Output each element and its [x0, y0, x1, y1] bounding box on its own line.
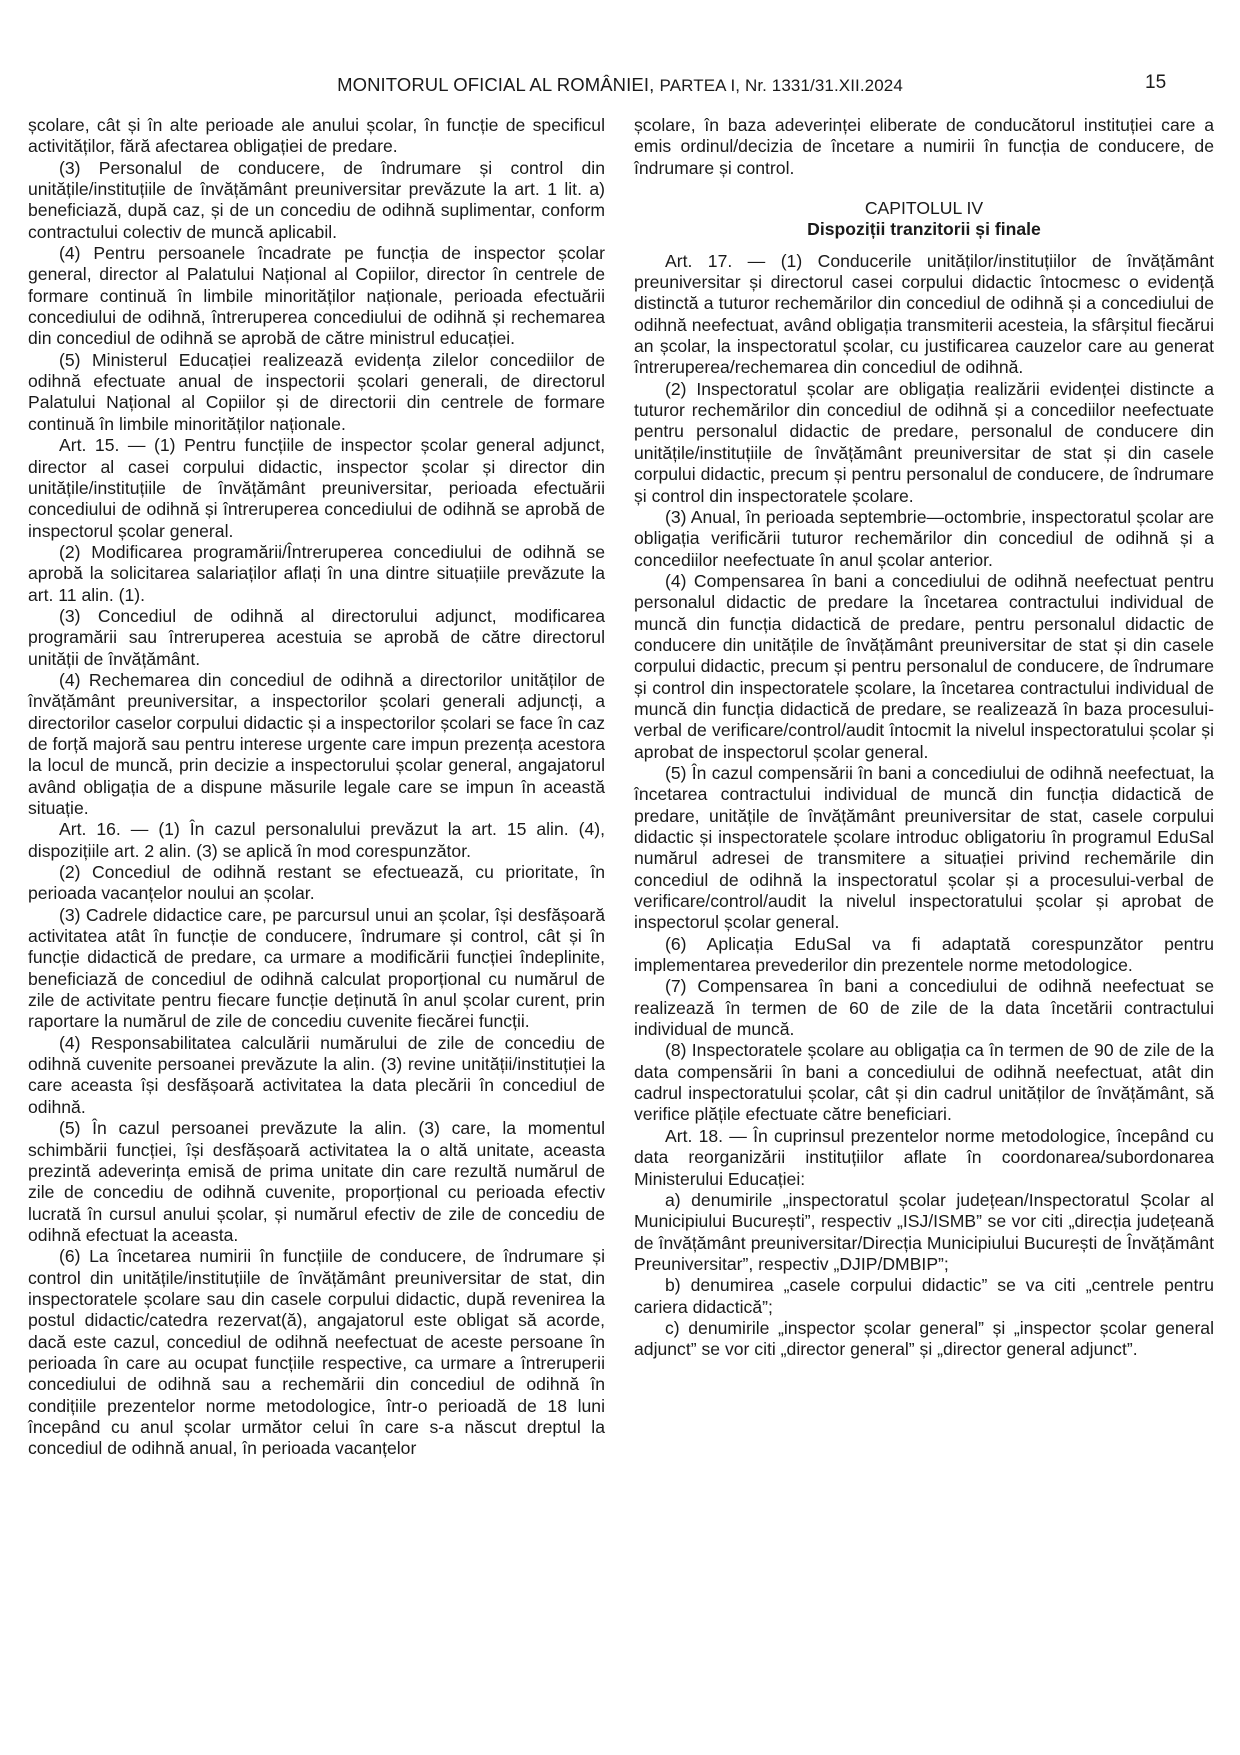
- paragraph: (4) Rechemarea din concediul de odihnă a…: [28, 670, 605, 819]
- publication-title: MONITORUL OFICIAL AL ROMÂNIEI, PARTEA I,…: [0, 74, 1240, 96]
- chapter-title: Dispoziții tranzitorii și finale: [634, 219, 1214, 240]
- paragraph: (5) Ministerul Educației realizează evid…: [28, 350, 605, 435]
- publication-issue: PARTEA I, Nr. 1331/31.XII.2024: [660, 76, 903, 95]
- chapter-heading: CAPITOLUL IV Dispoziții tranzitorii și f…: [634, 198, 1214, 241]
- paragraph: (3) Anual, în perioada septembrie—octomb…: [634, 507, 1214, 571]
- list-item: c) denumirile „inspector școlar general”…: [634, 1318, 1214, 1361]
- paragraph: școlare, în baza adeverinței eliberate d…: [634, 115, 1214, 179]
- paragraph: (5) În cazul persoanei prevăzute la alin…: [28, 1118, 605, 1246]
- left-column: școlare, cât și în alte perioade ale anu…: [28, 115, 605, 1460]
- paragraph: școlare, cât și în alte perioade ale anu…: [28, 115, 605, 158]
- paragraph: (2) Inspectoratul școlar are obligația r…: [634, 379, 1214, 507]
- article-18: Art. 18. — În cuprinsul prezentelor norm…: [634, 1126, 1214, 1190]
- paragraph: (3) Personalul de conducere, de îndrumar…: [28, 158, 605, 243]
- page-number: 15: [1145, 72, 1166, 94]
- chapter-number: CAPITOLUL IV: [634, 198, 1214, 219]
- article-17: Art. 17. — (1) Conducerile unităților/in…: [634, 251, 1214, 379]
- list-item: b) denumirea „casele corpului didactic” …: [634, 1275, 1214, 1318]
- paragraph: (6) La încetarea numirii în funcțiile de…: [28, 1246, 605, 1459]
- page-header: MONITORUL OFICIAL AL ROMÂNIEI, PARTEA I,…: [0, 74, 1240, 100]
- paragraph: (7) Compensarea în bani a concediului de…: [634, 976, 1214, 1040]
- paragraph: (4) Pentru persoanele încadrate pe funcț…: [28, 243, 605, 350]
- paragraph: (2) Concediul de odihnă restant se efect…: [28, 862, 605, 905]
- publication-name: MONITORUL OFICIAL AL ROMÂNIEI,: [337, 74, 659, 95]
- list-item: a) denumirile „inspectoratul școlar jude…: [634, 1190, 1214, 1275]
- article-15: Art. 15. — (1) Pentru funcțiile de inspe…: [28, 435, 605, 542]
- paragraph: (3) Cadrele didactice care, pe parcursul…: [28, 905, 605, 1033]
- paragraph: (4) Compensarea în bani a concediului de…: [634, 571, 1214, 763]
- paragraph: (3) Concediul de odihnă al directorului …: [28, 606, 605, 670]
- paragraph: (2) Modificarea programării/Întreruperea…: [28, 542, 605, 606]
- paragraph: (6) Aplicația EduSal va fi adaptată core…: [634, 934, 1214, 977]
- paragraph: (8) Inspectoratele școlare au obligația …: [634, 1040, 1214, 1125]
- right-column: școlare, în baza adeverinței eliberate d…: [634, 115, 1214, 1361]
- paragraph: (5) În cazul compensării în bani a conce…: [634, 763, 1214, 934]
- article-16: Art. 16. — (1) În cazul personalului pre…: [28, 819, 605, 862]
- paragraph: (4) Responsabilitatea calculării numărul…: [28, 1033, 605, 1118]
